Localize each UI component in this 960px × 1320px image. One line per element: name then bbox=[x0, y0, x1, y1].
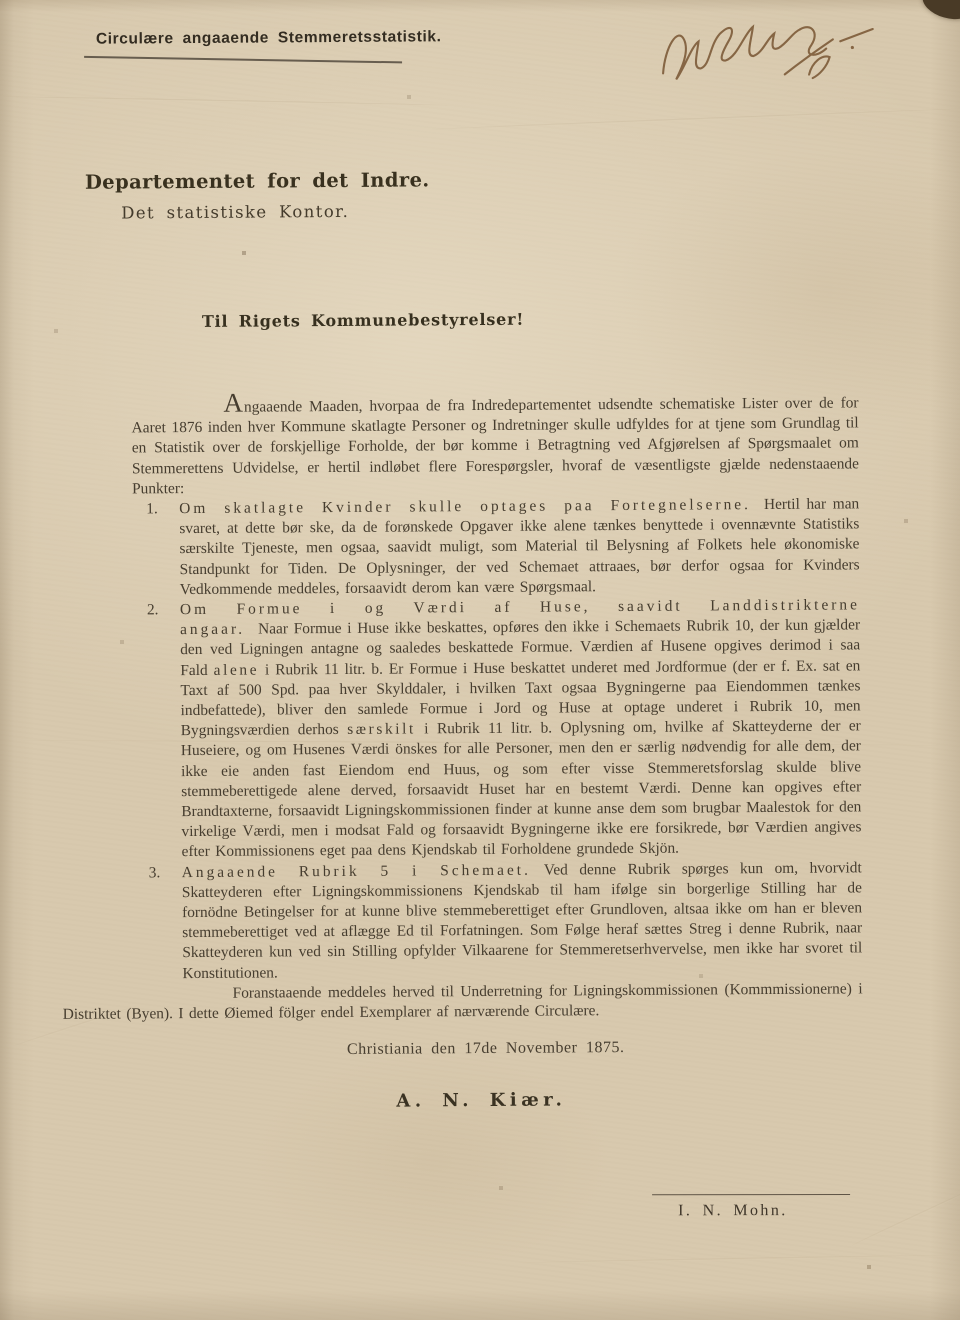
list-item-text: Om Formue i og Værdi af Huse, saavidt La… bbox=[180, 595, 862, 862]
signature-name: A. N. Kiær. bbox=[396, 1089, 566, 1111]
list-item-number: 3. bbox=[149, 863, 182, 883]
title-underline bbox=[84, 56, 402, 63]
item-1-heading: Om skatlagte Kvinder skulle optages paa … bbox=[179, 496, 751, 517]
letter-body: Angaaende Maaden, hvorpaa de fra Indrede… bbox=[0, 393, 960, 1026]
salutation-line: Til Rigets Kommunebestyrelser! bbox=[202, 310, 524, 331]
list-item-2: 2. Om Formue i og Værdi af Huse, saavidt… bbox=[133, 595, 862, 863]
document-header-label: Circulære angaaende Stemmeretsstatistik. bbox=[96, 28, 442, 48]
item-2-emphasis-1: alene bbox=[214, 661, 260, 678]
closing-paragraph: Foranstaaende meddeles herved til Underr… bbox=[63, 979, 863, 1025]
intro-paragraph: Angaaende Maaden, hvorpaa de fra Indrede… bbox=[131, 393, 859, 499]
dateline: Christiania den 17de November 1875. bbox=[347, 1039, 625, 1059]
document-page: Circulære angaaende Stemmeretsstatistik.… bbox=[0, 0, 960, 1320]
paper-specks bbox=[0, 0, 2, 2]
item-2-body-part3: i Rubrik 11 litr. b. Oplysning om, hvilk… bbox=[181, 718, 862, 861]
item-2-emphasis-2: særskilt bbox=[347, 721, 416, 738]
list-item-3: 3. Angaaende Rubrik 5 i Schemaet.Ved den… bbox=[135, 858, 863, 984]
drop-cap-initial: A bbox=[223, 388, 244, 418]
item-3-heading: Angaaende Rubrik 5 i Schemaet. bbox=[182, 861, 531, 880]
list-item-1: 1. Om skatlagte Kvinder skulle optages p… bbox=[132, 494, 860, 600]
list-item-text: Om skatlagte Kvinder skulle optages paa … bbox=[179, 494, 860, 600]
countersignature-block: I. N. Mohn. bbox=[652, 1194, 850, 1220]
department-title: Departementet for det Indre. bbox=[85, 168, 430, 193]
list-item-number: 1. bbox=[146, 499, 179, 519]
list-item-text: Angaaende Rubrik 5 i Schemaet.Ved denne … bbox=[182, 858, 863, 984]
office-subtitle: Det statistiske Kontor. bbox=[121, 202, 349, 223]
document-content: Circulære angaaende Stemmeretsstatistik.… bbox=[0, 0, 960, 1320]
list-item-number: 2. bbox=[147, 600, 180, 620]
countersignature-name: I. N. Mohn. bbox=[678, 1202, 788, 1219]
